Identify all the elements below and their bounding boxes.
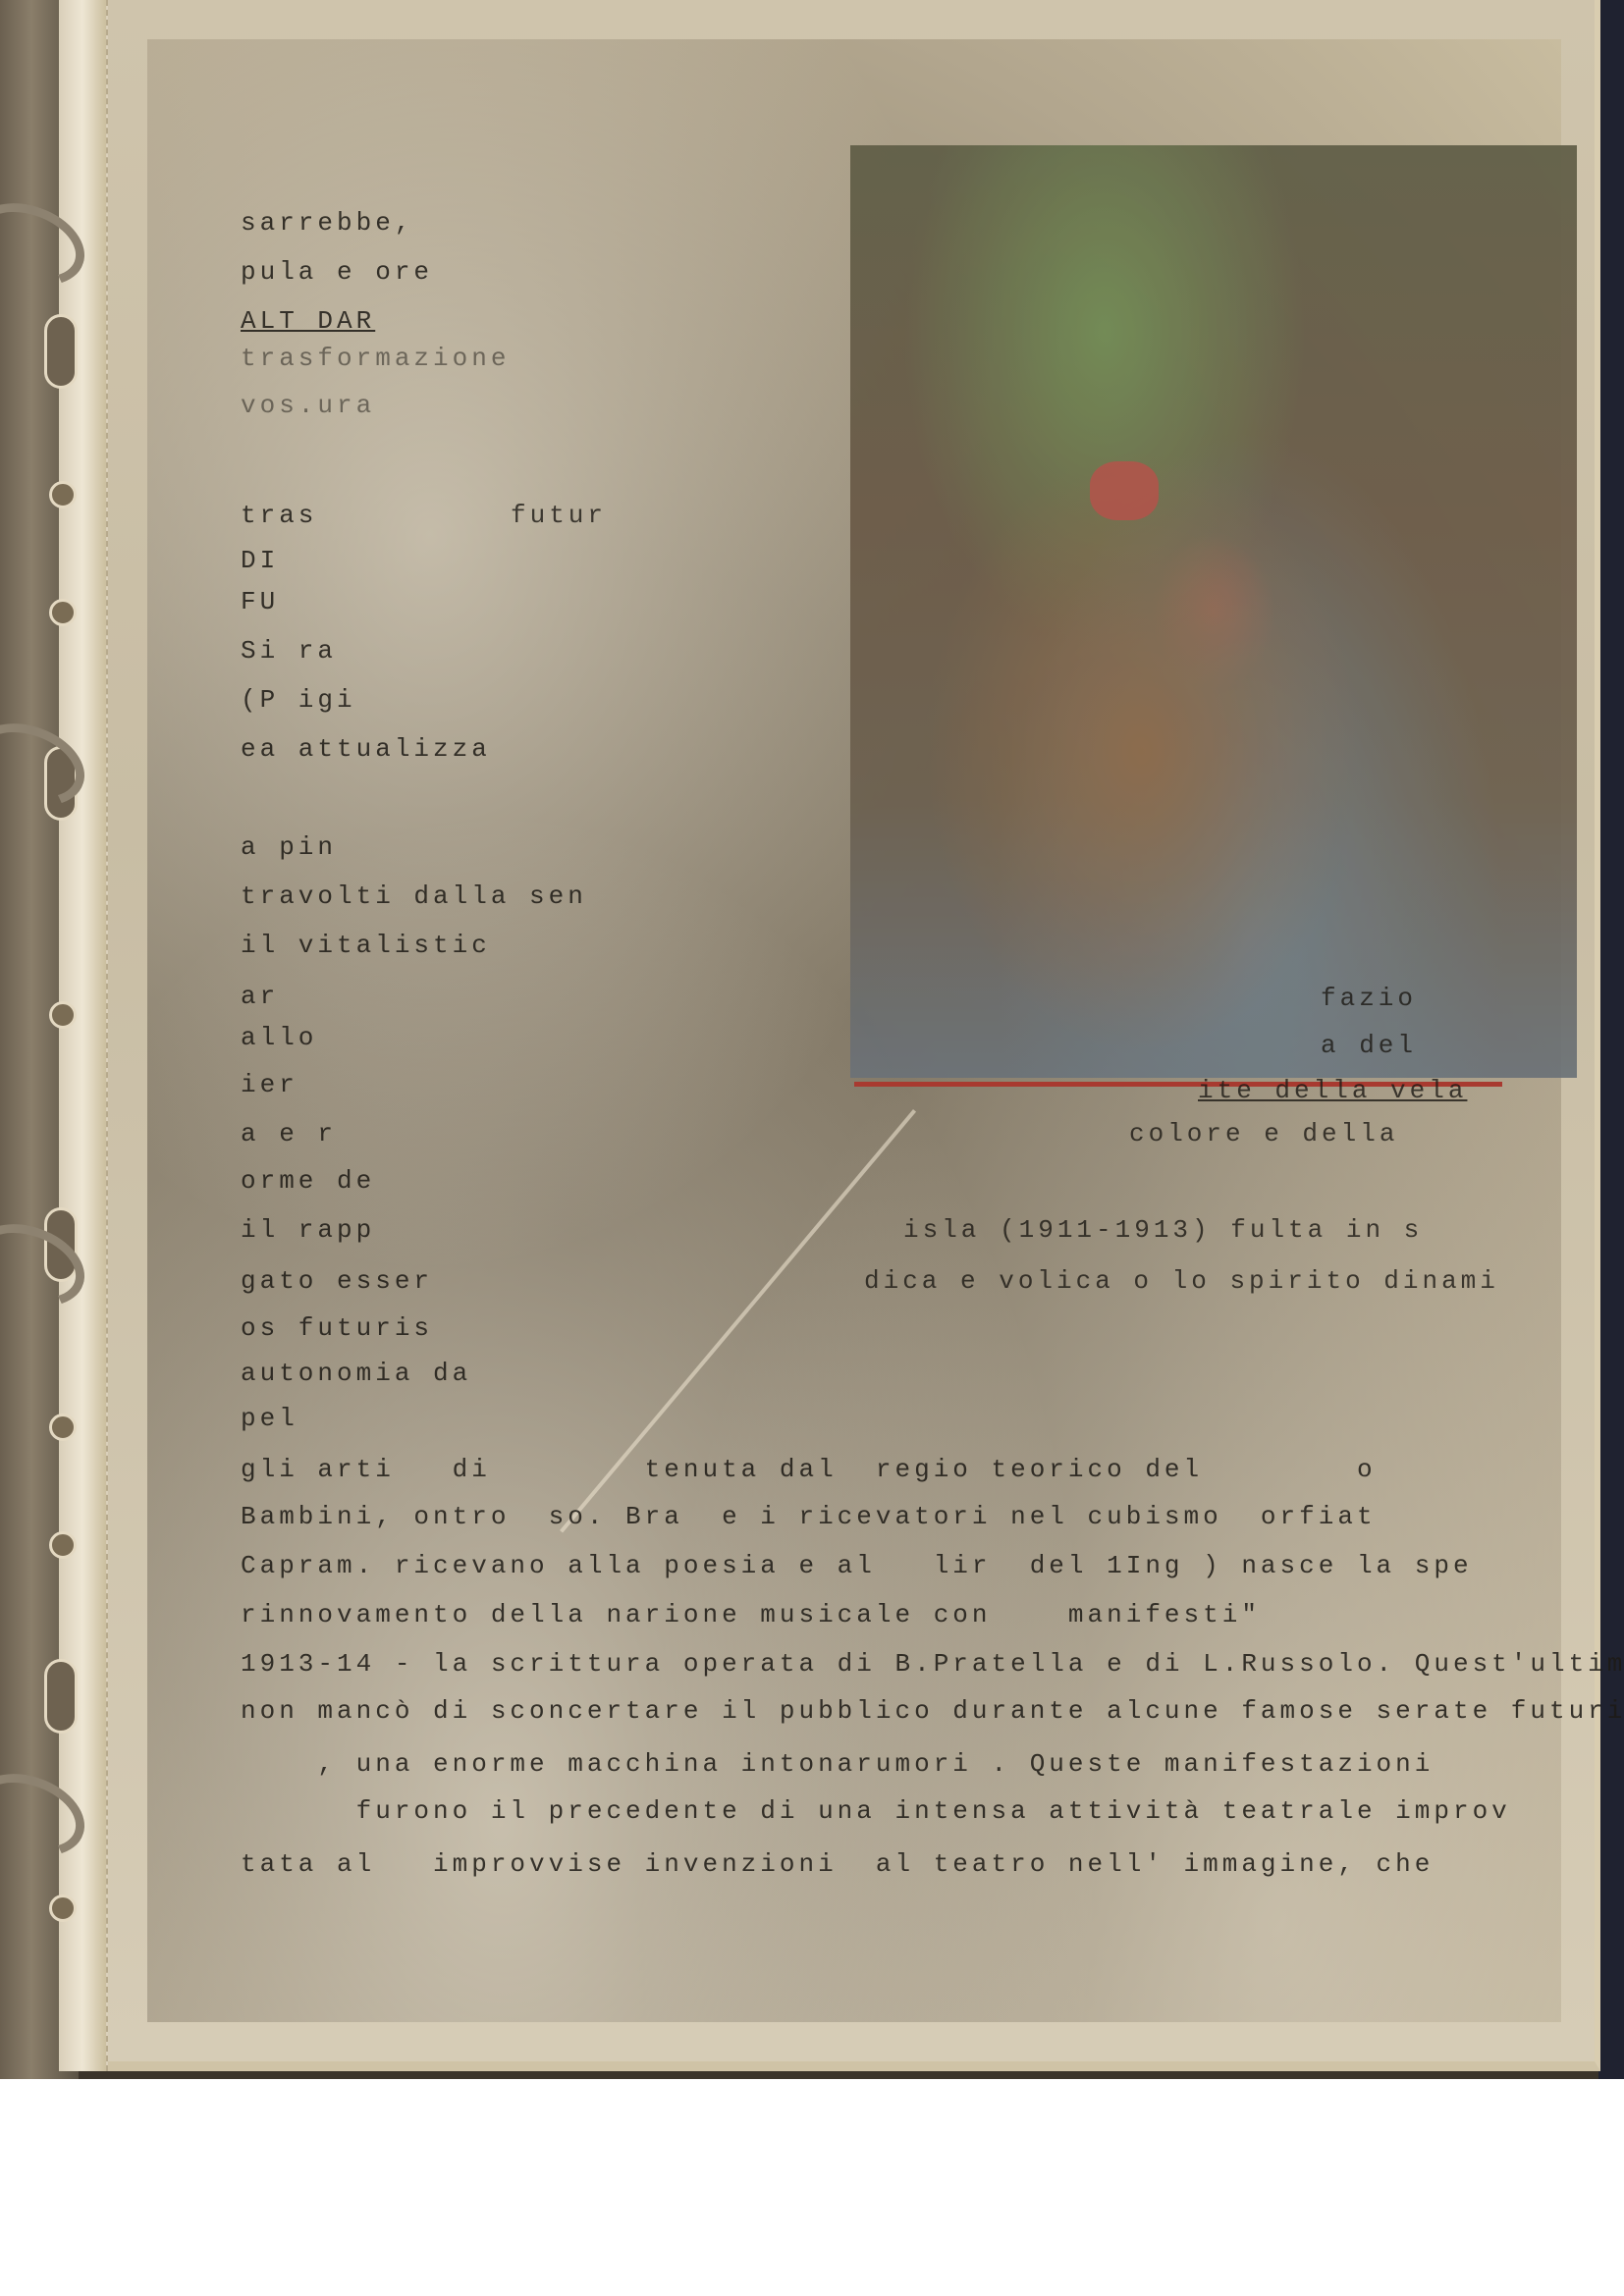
text-line: tata al improvvise invenzioni al teatro … bbox=[241, 1849, 1434, 1879]
text-line: a pin bbox=[241, 832, 337, 862]
text-line: pula e ore bbox=[241, 257, 433, 287]
photo-red-object bbox=[1090, 461, 1159, 520]
text-fragment: isla (1911-1913) fulta in s bbox=[903, 1215, 1423, 1245]
text-line: gli arti di tenuta dal regio teorico del… bbox=[241, 1455, 1377, 1484]
text-line: , una enorme macchina intonarumori . Que… bbox=[241, 1749, 1434, 1779]
text-line: 1913-14 - la scrittura operata di B.Prat… bbox=[241, 1649, 1624, 1679]
text-line: DI bbox=[241, 546, 279, 575]
punch-hole bbox=[49, 1001, 77, 1029]
overlaid-photograph bbox=[850, 145, 1577, 1078]
text-fragment: colore e della bbox=[1129, 1119, 1398, 1148]
text-fragment: a del bbox=[1321, 1031, 1417, 1060]
text-fragment: futur bbox=[511, 501, 607, 530]
binder-edge bbox=[1598, 0, 1624, 2079]
punch-hole bbox=[49, 481, 77, 508]
text-fragment: dica e volica o lo spirito dinami bbox=[864, 1266, 1499, 1296]
text-line: ALT DAR bbox=[241, 306, 375, 336]
text-line: ea attualizza bbox=[241, 734, 491, 764]
text-fragment: ite della vela bbox=[1198, 1076, 1467, 1105]
punch-hole bbox=[49, 1895, 77, 1922]
text-line: allo bbox=[241, 1023, 317, 1052]
text-line: FU bbox=[241, 587, 279, 616]
punch-hole bbox=[49, 599, 77, 626]
text-line: sarrebbe, bbox=[241, 208, 413, 238]
text-line: il rapp bbox=[241, 1215, 375, 1245]
punch-hole bbox=[49, 1414, 77, 1441]
punch-slot bbox=[44, 314, 78, 389]
text-line: a e r bbox=[241, 1119, 337, 1148]
text-fragment: fazio bbox=[1321, 984, 1417, 1013]
text-line: Capram. ricevano alla poesia e al lir de… bbox=[241, 1551, 1473, 1580]
text-line: pel bbox=[241, 1404, 298, 1433]
text-line: (P igi bbox=[241, 685, 356, 715]
punch-slot bbox=[44, 1659, 78, 1734]
text-line: il vitalistic bbox=[241, 931, 491, 960]
text-line: autonomia da bbox=[241, 1359, 471, 1388]
text-line: Si ra bbox=[241, 636, 337, 666]
text-line: orme de bbox=[241, 1166, 375, 1196]
text-line: ier bbox=[241, 1070, 298, 1099]
text-line: tras bbox=[241, 501, 317, 530]
text-line: Bambini, ontro so. Bra e i ricevatori ne… bbox=[241, 1502, 1377, 1531]
text-line: ar bbox=[241, 982, 279, 1011]
text-line: os futuris bbox=[241, 1313, 433, 1343]
text-line: vos.ura bbox=[241, 391, 375, 420]
sleeve-punch-strip bbox=[59, 0, 108, 2071]
text-line: non mancò di sconcertare il pubblico dur… bbox=[241, 1696, 1624, 1726]
text-line: travolti dalla sen bbox=[241, 881, 587, 911]
text-line: furono il precedente di una intensa atti… bbox=[241, 1796, 1511, 1826]
text-line: gato esser bbox=[241, 1266, 433, 1296]
binder-photo: sarrebbe, pula e ore ALT DAR trasformazi… bbox=[0, 0, 1624, 2079]
text-line: trasformazione bbox=[241, 344, 510, 373]
text-line: rinnovamento della narione musicale con … bbox=[241, 1600, 1261, 1629]
punch-hole bbox=[49, 1531, 77, 1559]
